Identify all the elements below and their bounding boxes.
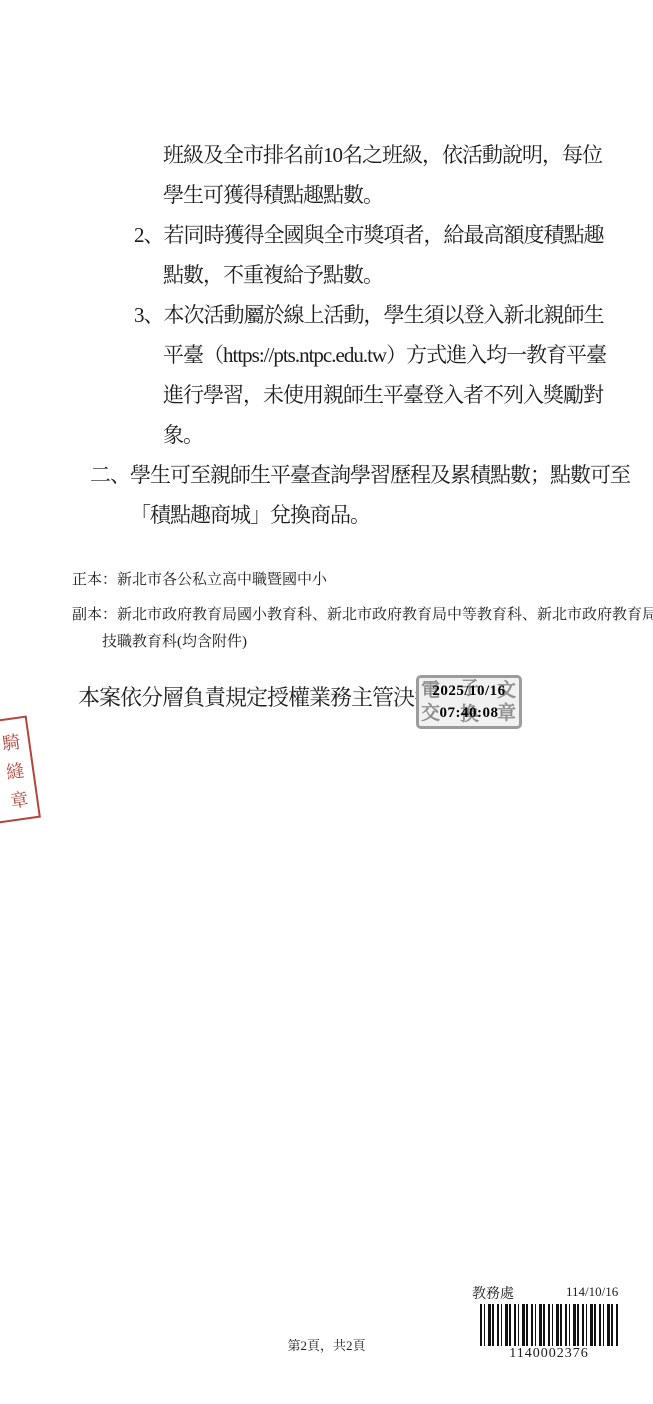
body-line: 學生可獲得積點趣點數。 <box>163 180 383 210</box>
recipient-original: 正本：新北市各公私立高中職暨國中小 <box>72 568 327 589</box>
body-line-item-2: 2、若同時獲得全國與全市獎項者，給最高額度積點趣 <box>134 220 604 250</box>
page-number-footer: 第2頁，共2頁 <box>0 1335 653 1354</box>
body-line: 象。 <box>163 420 203 450</box>
body-line-item-3: 3、本次活動屬於線上活動，學生須以登入新北親師生 <box>134 300 604 330</box>
recipient-copy: 副本：新北市政府教育局國小教育科、新北市政府教育局中等教育科、新北市政府教育局技… <box>72 602 653 656</box>
exchange-stamp-date: 2025/10/16 <box>419 684 519 699</box>
body-line: 班級及全市排名前10名之班級，依活動說明，每位 <box>163 140 602 170</box>
body-line: 點數，不重複給予點數。 <box>163 260 383 290</box>
recipient-original-value: 新北市各公私立高中職暨國中小 <box>117 572 327 588</box>
body-line-item-two: 二、學生可至親師生平臺查詢學習歷程及累積點數；點數可至 <box>90 460 630 490</box>
paging-seal: 騎 縫 章 <box>0 715 41 825</box>
paging-seal-char: 騎 <box>1 733 21 753</box>
body-line-url: 平臺（https://pts.ntpc.edu.tw）方式進入均一教育平臺 <box>163 340 606 370</box>
exchange-stamp-time: 07:40:08 <box>419 706 519 721</box>
paging-seal-char: 縫 <box>5 761 25 781</box>
document-page: 班級及全市排名前10名之班級，依活動說明，每位 學生可獲得積點趣點數。 2、若同… <box>0 0 653 1404</box>
recipient-copy-value: 新北市政府教育局國小教育科、新北市政府教育局中等教育科、新北市政府教育局技職教育… <box>102 607 653 650</box>
recipient-original-label: 正本： <box>72 572 117 588</box>
receipt-date: 114/10/16 <box>566 1284 618 1300</box>
authorization-note: 本案依分層負責規定授權業務主管決行 <box>78 681 435 712</box>
body-line: 進行學習，未使用親師生平臺登入者不列入獎勵對 <box>163 380 603 410</box>
body-line: 「積點趣商城」兌換商品。 <box>130 500 370 530</box>
receipt-office-label: 教務處 <box>472 1283 514 1303</box>
electronic-exchange-stamp: 電 子 文 交 換 章 2025/10/16 07:40:08 <box>416 675 522 729</box>
paging-seal-char: 章 <box>9 790 29 810</box>
recipient-copy-label: 副本： <box>72 607 117 623</box>
